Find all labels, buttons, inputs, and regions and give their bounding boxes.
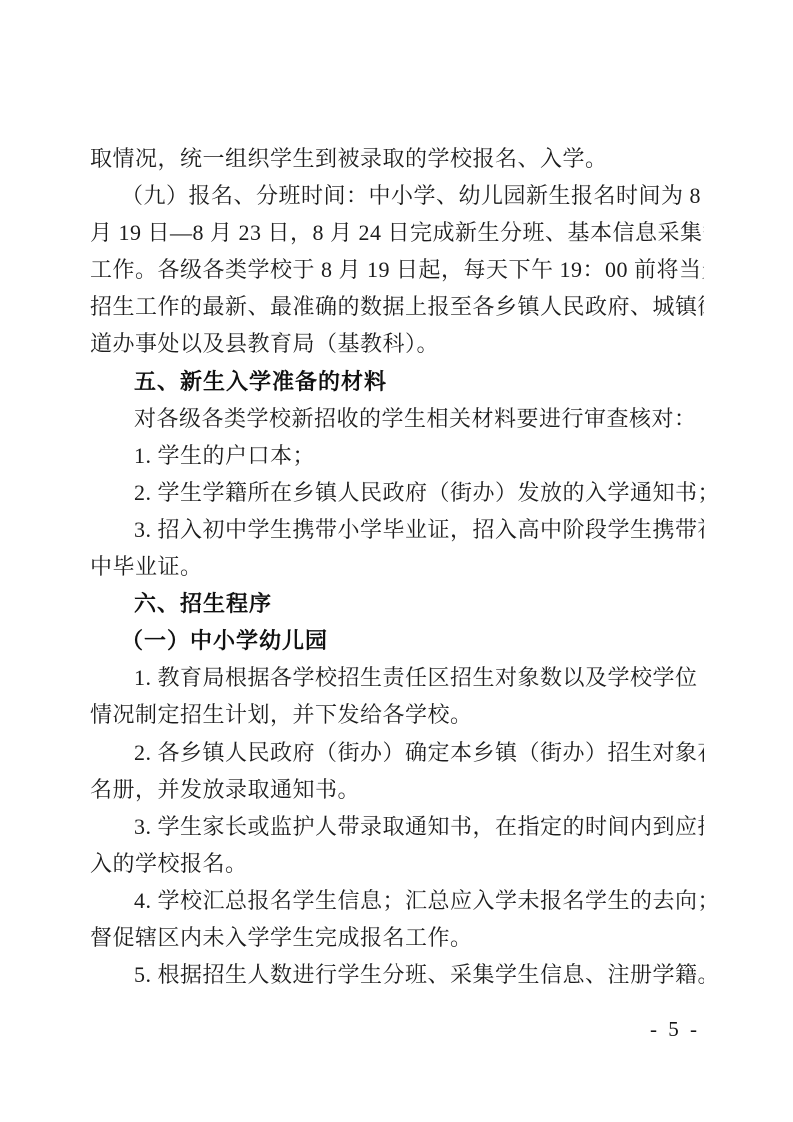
- page-number: - 5 -: [650, 1013, 700, 1045]
- body-line: 道办事处以及县教育局（基教科）。: [90, 325, 704, 362]
- body-line: 中毕业证。: [90, 548, 704, 585]
- heading-section-6: 六、招生程序: [90, 585, 704, 622]
- body-line: 招生工作的最新、最准确的数据上报至各乡镇人民政府、城镇街: [90, 288, 704, 325]
- list-item-5: 5. 根据招生人数进行学生分班、采集学生信息、注册学籍。: [90, 956, 704, 993]
- body-line: （九）报名、分班时间：中小学、幼儿园新生报名时间为 8: [90, 177, 704, 214]
- body-line: 取情况，统一组织学生到被录取的学校报名、入学。: [90, 140, 704, 177]
- heading-section-5: 五、新生入学准备的材料: [90, 363, 704, 400]
- heading-subsection-1: （一）中小学幼儿园: [90, 622, 704, 659]
- list-item-1: 1. 教育局根据各学校招生责任区招生对象数以及学校学位: [90, 659, 704, 696]
- list-item-2: 2. 学生学籍所在乡镇人民政府（街办）发放的入学通知书；: [90, 474, 704, 511]
- body-line: 工作。各级各类学校于 8 月 19 日起，每天下午 19：00 前将当天: [90, 251, 704, 288]
- body-line: 对各级各类学校新招收的学生相关材料要进行审查核对：: [90, 400, 704, 437]
- body-line: 名册，并发放录取通知书。: [90, 771, 704, 808]
- document-page: 取情况，统一组织学生到被录取的学校报名、入学。 （九）报名、分班时间：中小学、幼…: [0, 0, 793, 1122]
- list-item-3: 3. 学生家长或监护人带录取通知书，在指定的时间内到应招: [90, 808, 704, 845]
- document-text-block: 取情况，统一组织学生到被录取的学校报名、入学。 （九）报名、分班时间：中小学、幼…: [90, 140, 704, 993]
- list-item-3: 3. 招入初中学生携带小学毕业证，招入高中阶段学生携带初: [90, 511, 704, 548]
- body-line: 入的学校报名。: [90, 845, 704, 882]
- body-line: 督促辖区内未入学学生完成报名工作。: [90, 919, 704, 956]
- list-item-2: 2. 各乡镇人民政府（街办）确定本乡镇（街办）招生对象花: [90, 734, 704, 771]
- body-line: 情况制定招生计划，并下发给各学校。: [90, 696, 704, 733]
- list-item-1: 1. 学生的户口本；: [90, 437, 704, 474]
- body-line: 月 19 日—8 月 23 日，8 月 24 日完成新生分班、基本信息采集等: [90, 214, 704, 251]
- list-item-4: 4. 学校汇总报名学生信息；汇总应入学未报名学生的去向；: [90, 882, 704, 919]
